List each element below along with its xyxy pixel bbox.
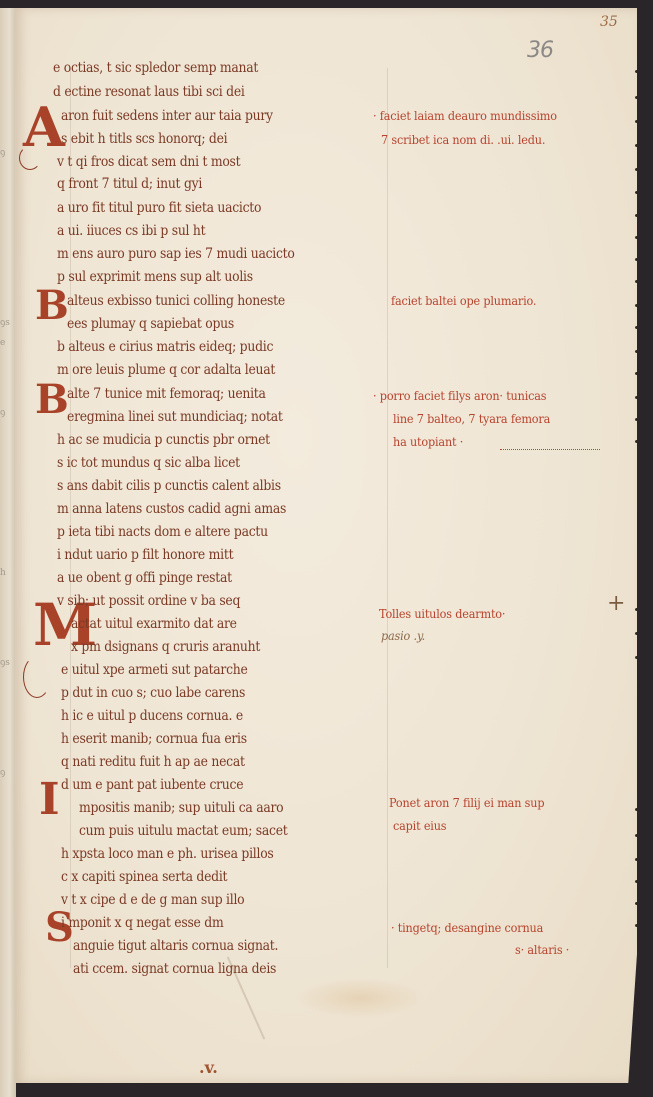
verse-line: d ectine resonat laus tibi sci dei xyxy=(53,84,245,100)
pricking-hole xyxy=(635,70,639,73)
marginal-gloss: Tolles uitulos dearmto· xyxy=(379,606,505,621)
parchment-stain xyxy=(295,978,425,1018)
verse-line: e octias, t sic spledor semp manat xyxy=(53,60,258,76)
verse-line: a uro fit titul puro fit sieta uacicto xyxy=(57,200,261,216)
verse-line: m ore leuis plume q cor adalta leuat xyxy=(57,362,275,378)
verse-line: p sul exprimit mens sup alt uolis xyxy=(57,269,253,285)
later-hand-note: pasio .y. xyxy=(381,628,425,643)
pricking-hole xyxy=(635,656,639,659)
pricking-hole xyxy=(635,396,639,399)
bleed-through-text: ꝯ xyxy=(0,768,5,778)
bleed-through-text: h xyxy=(0,568,6,578)
verse-line: mpositis manib; sup uituli ca aaro xyxy=(79,800,283,816)
pricking-hole xyxy=(635,236,639,239)
verse-line: aron fuit sedens inter aur taia pury xyxy=(61,108,273,124)
pricking-hole xyxy=(635,326,639,329)
verse-line: h xpsta loco man e ph. urisea pillos xyxy=(61,846,273,862)
bleed-through-text: ꝯs xyxy=(0,318,10,328)
verse-line: alte 7 tunice mit femoraq; uenita xyxy=(67,386,266,402)
verse-line: v t qi fros dicat sem dni t most xyxy=(57,154,240,170)
pricking-hole xyxy=(635,924,639,927)
pricking-hole xyxy=(635,608,639,611)
pricking-hole xyxy=(635,372,639,375)
pricking-hole xyxy=(635,304,639,307)
bleed-through-text: ꝯs xyxy=(0,658,10,668)
decorated-initial-I: I xyxy=(39,778,60,822)
verse-line: v t x cipe d e de g man sup illo xyxy=(61,892,244,908)
decorated-initial-A: A xyxy=(23,100,65,154)
verse-line: s ic tot mundus q sic alba licet xyxy=(57,455,240,471)
folio-number: 36 xyxy=(527,38,553,63)
pricking-hole xyxy=(635,632,639,635)
quire-signature-mark: .v. xyxy=(199,1058,218,1077)
verse-line: q nati reditu fuit h ap ae necat xyxy=(61,754,245,770)
pricking-hole xyxy=(635,880,639,883)
verse-line: alteus exbisso tunici colling honeste xyxy=(67,293,285,309)
verse-line: c x capiti spinea serta dedit xyxy=(61,869,227,885)
verse-line: actat uitul exarmito dat are xyxy=(71,616,237,632)
verse-line: b alteus e cirius matris eideq; pudic xyxy=(57,339,273,355)
bleed-through-text: ꝯ xyxy=(0,148,5,158)
pricking-hole xyxy=(635,902,639,905)
pricking-hole xyxy=(635,214,639,217)
verse-line: m ens auro puro sap ies 7 mudi uacicto xyxy=(57,246,295,262)
pricking-hole xyxy=(635,168,639,171)
marginal-gloss: 7 scribet ica nom di. .ui. ledu. xyxy=(381,132,545,147)
marginal-gloss: s· altaris · xyxy=(515,942,569,957)
verse-line: ees plumay q sapiebat opus xyxy=(67,316,234,332)
marginal-gloss: · porro faciet filys aron· tunicas xyxy=(373,388,546,403)
manuscript-folio: 35 36 A B B M I S e octias, t sic sp xyxy=(15,8,637,1083)
line-filler xyxy=(500,445,600,450)
pricking-hole xyxy=(635,280,639,283)
pricking-hole xyxy=(635,350,639,353)
verse-line: h ic e uitul p ducens cornua. e xyxy=(61,708,243,724)
marginal-gloss: · faciet laiam deauro mundissimo xyxy=(373,108,557,123)
pricking-hole xyxy=(635,191,639,194)
marginal-gloss: ha utopiant · xyxy=(393,434,463,449)
marginal-gloss: · tingetq; desangine cornua xyxy=(391,920,543,935)
verse-line: v sib; ut possit ordine v ba seq xyxy=(57,593,240,609)
verse-line: s ebit h titls scs honorq; dei xyxy=(61,131,227,147)
pricking-hole xyxy=(635,96,639,99)
bleed-through-text: e xyxy=(0,338,5,348)
bleed-through-text: ꝯ xyxy=(0,408,5,418)
verse-line: i ndut uario p filt honore mitt xyxy=(57,547,233,563)
pricking-hole xyxy=(635,834,639,837)
verse-line: e uitul xpe armeti sut patarche xyxy=(61,662,248,678)
verse-line: a ue obent g offi pinge restat xyxy=(57,570,232,586)
verse-line: m anna latens custos cadid agni amas xyxy=(57,501,286,517)
pricking-hole xyxy=(635,440,639,443)
marginal-gloss: Ponet aron 7 filij ei man sup xyxy=(389,795,544,810)
adjacent-page-edge: ꝯ ꝯs e ꝯ h ꝯs ꝯ xyxy=(0,8,16,1097)
decorated-initial-B-2: B xyxy=(35,380,69,420)
marginal-gloss: capit eius xyxy=(393,818,446,833)
pricking-hole xyxy=(635,418,639,421)
verse-line: d um e pant pat iubente cruce xyxy=(61,777,243,793)
marginal-gloss: line 7 balteo, 7 tyara femora xyxy=(393,411,550,426)
verse-line: q front 7 titul d; inut gyi xyxy=(57,176,202,192)
verse-line: s ans dabit cilis p cunctis calent albis xyxy=(57,478,281,494)
verse-line: a ui. iiuces cs ibi p sul ht xyxy=(57,223,205,239)
verse-line: ati ccem. signat cornua ligna deis xyxy=(73,961,276,977)
pricking-hole xyxy=(635,120,639,123)
verse-line: anguie tigut altaris cornua signat. xyxy=(73,938,278,954)
verse-line: p ieta tibi nacts dom e altere pactu xyxy=(57,524,268,540)
cross-mark-icon: + xyxy=(607,591,625,616)
decorated-initial-B: B xyxy=(35,286,69,326)
verse-line: p dut in cuo s; cuo labe carens xyxy=(61,685,245,701)
verse-line: h ac se mudicia p cunctis pbr ornet xyxy=(57,432,270,448)
verse-line: x pm dsignans q cruris aranuht xyxy=(71,639,260,655)
pricking-hole xyxy=(635,144,639,147)
verse-line: cum puis uitulu mactat eum; sacet xyxy=(79,823,288,839)
ruling-line-column xyxy=(387,68,388,968)
verse-line: i mponit x q negat esse dm xyxy=(61,915,223,931)
marginal-gloss: faciet baltei ope plumario. xyxy=(391,293,536,308)
pricking-hole xyxy=(635,258,639,261)
verse-line: eregmina linei sut mundiciaq; notat xyxy=(67,409,283,425)
old-folio-number: 35 xyxy=(600,14,618,30)
pricking-hole xyxy=(635,808,639,811)
verse-line: h eserit manib; cornua fua eris xyxy=(61,731,247,747)
pricking-hole xyxy=(635,858,639,861)
